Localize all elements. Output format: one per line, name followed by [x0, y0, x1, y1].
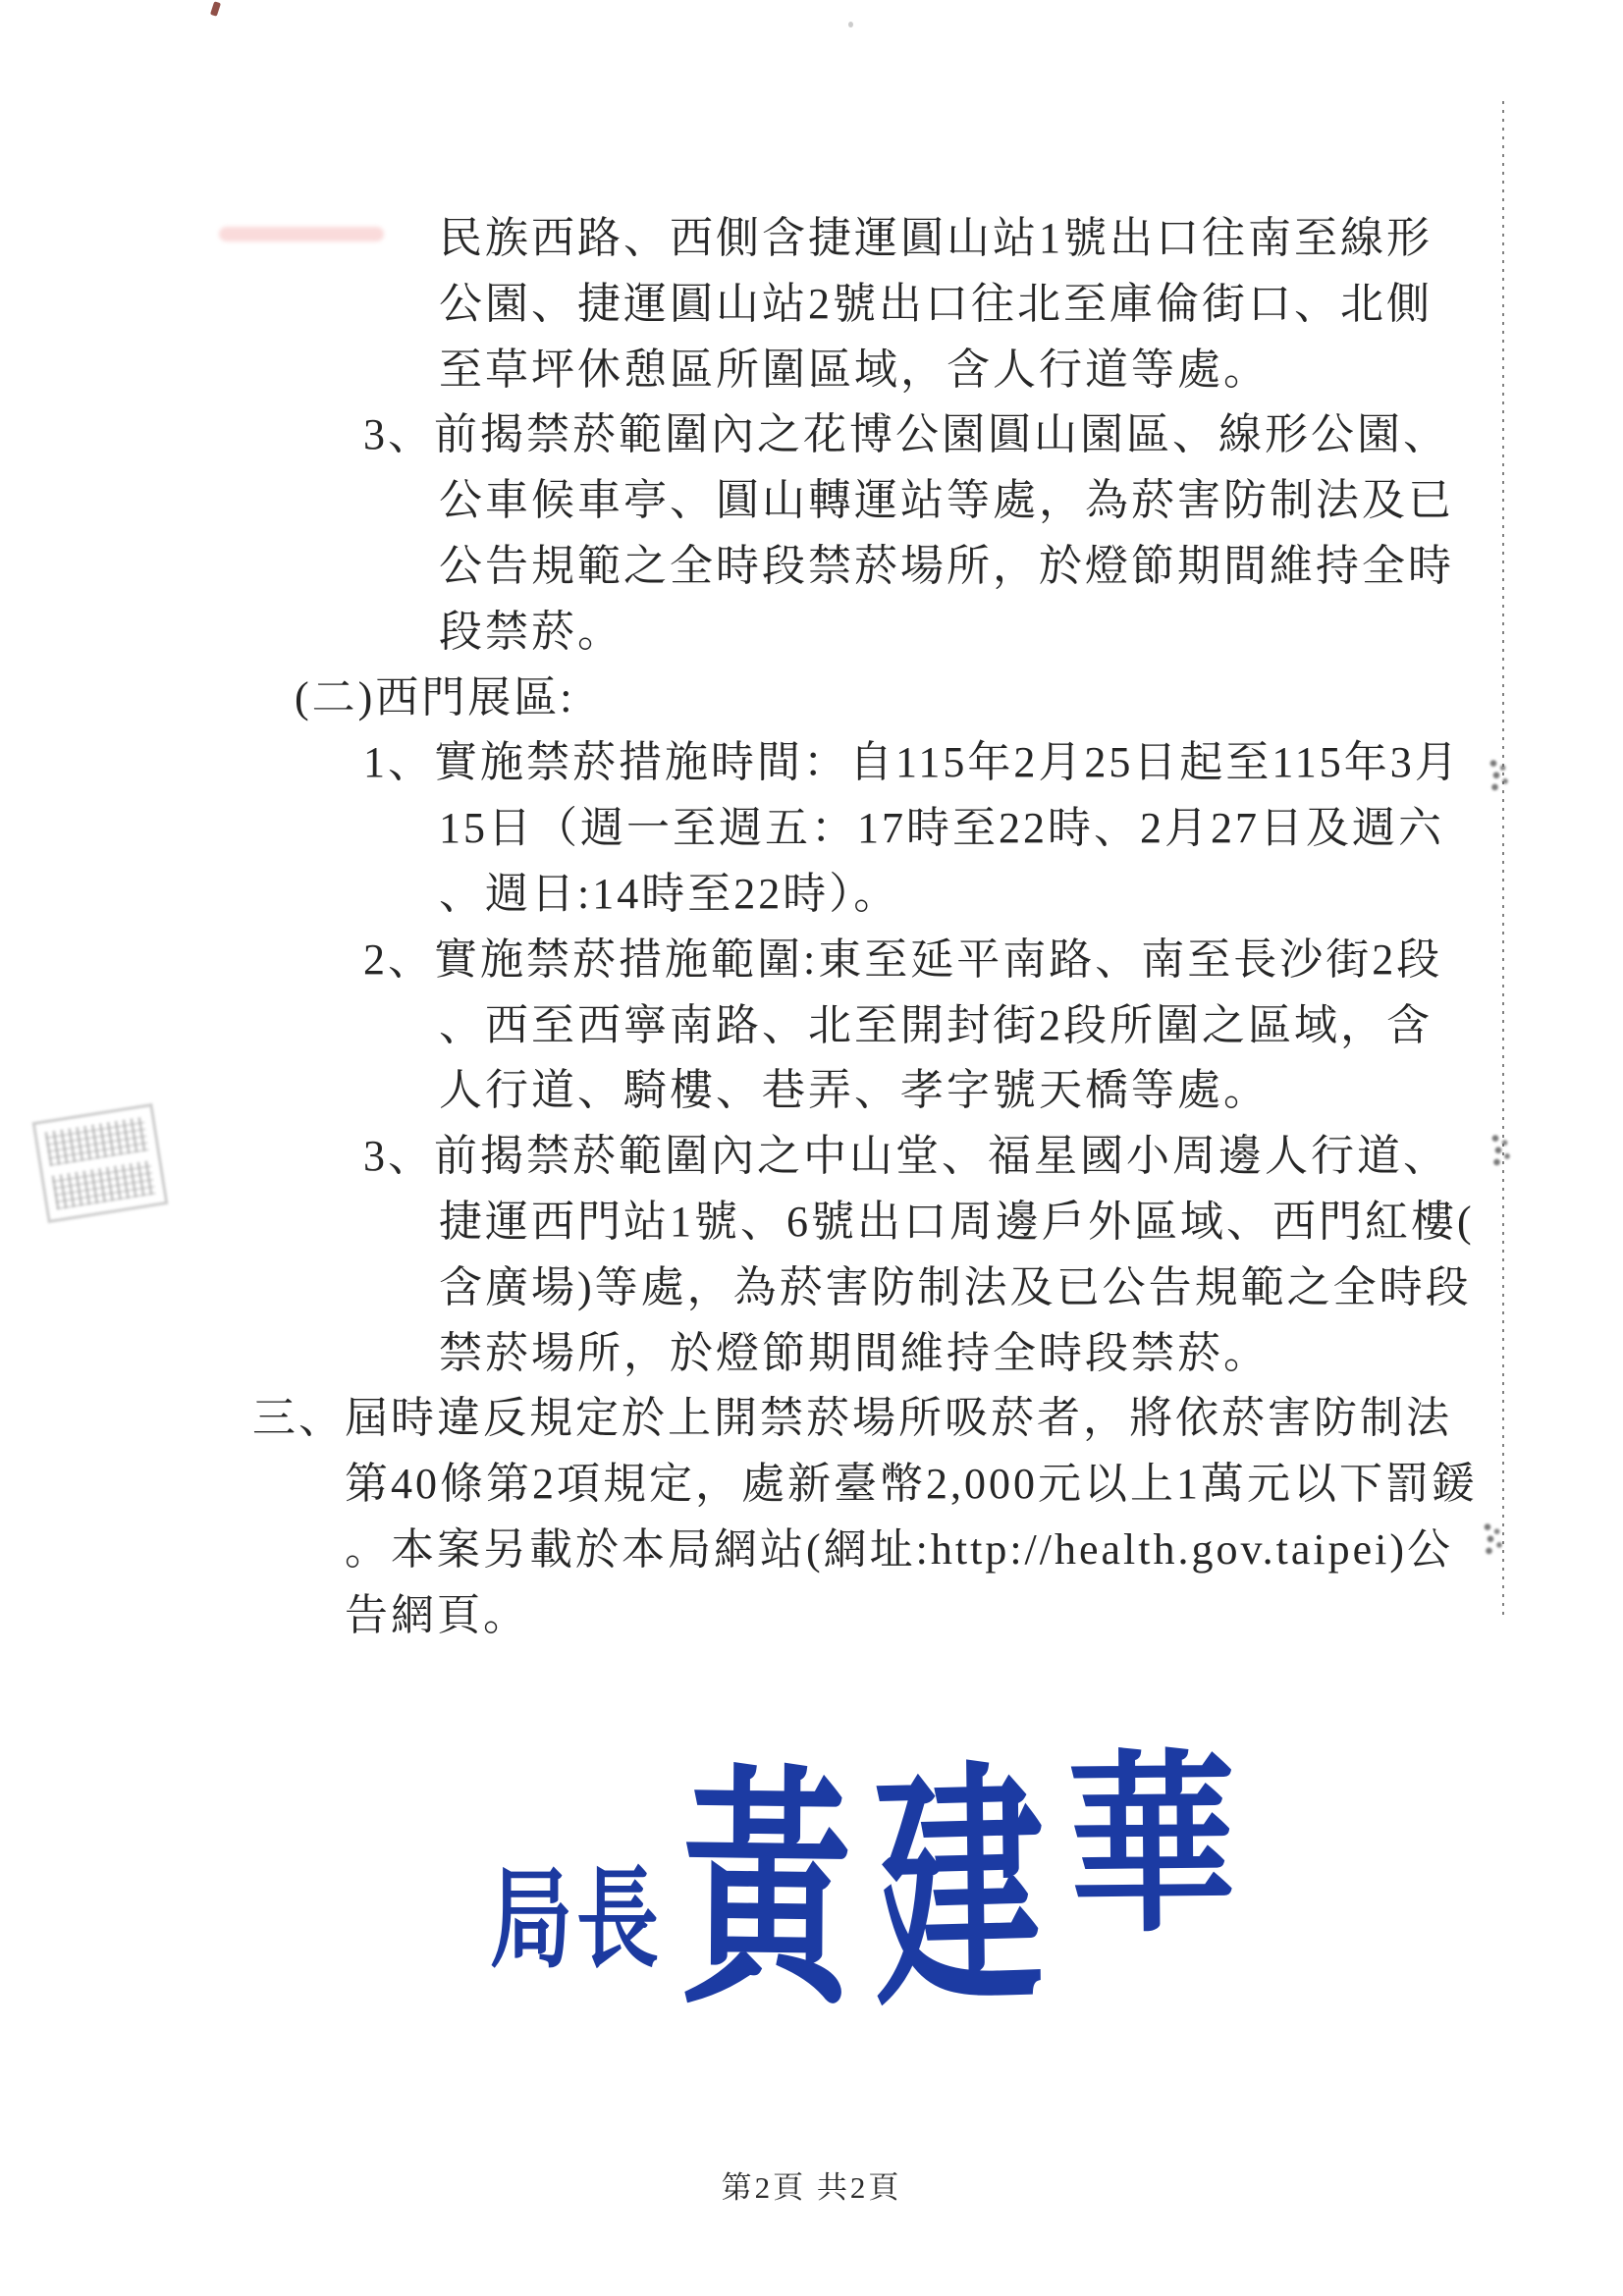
- page-number-footer: 第2頁 共2頁: [0, 2163, 1623, 2207]
- director-title: 局長: [490, 1868, 663, 1977]
- doc-line: 人行道、騎樓、巷弄、孝字號天橋等處。: [0, 1058, 1623, 1124]
- scanned-document-page: 民族西路、西側含捷運圓山站1號出口往南至線形 公園、捷運圓山站2號出口往北至庫倫…: [0, 0, 1623, 2296]
- document-body: 民族西路、西側含捷運圓山站1號出口往南至線形 公園、捷運圓山站2號出口往北至庫倫…: [0, 206, 1623, 1649]
- doc-line: 段禁菸。: [0, 600, 1623, 666]
- doc-line: 至草坪休憩區所圍區域，含人行道等處。: [0, 338, 1623, 403]
- doc-line-item-3: 3、前揭禁菸範圍內之花博公園圓山園區、線形公園、: [0, 402, 1623, 468]
- doc-line: 捷運西門站1號、6號出口周邊戶外區域、西門紅樓(: [0, 1190, 1623, 1255]
- doc-line-item-san: 三、屆時違反規定於上開禁菸場所吸菸者，將依菸害防制法: [0, 1386, 1623, 1452]
- signature-char: 華: [1066, 1750, 1260, 1947]
- doc-line: 公車候車亭、圓山轉運站等處，為菸害防制法及已: [0, 468, 1623, 534]
- doc-line: 。本案另載於本局網站(網址:http://health.gov.taipei)公: [0, 1518, 1623, 1583]
- doc-section-heading: (二)西門展區:: [0, 666, 1623, 731]
- doc-line: 禁菸場所，於燈節期間維持全時段禁菸。: [0, 1321, 1623, 1387]
- doc-line: 第40條第2項規定，處新臺幣2,000元以上1萬元以下罰鍰: [0, 1452, 1623, 1518]
- doc-line: 告網頁。: [0, 1583, 1623, 1649]
- doc-line: 民族西路、西側含捷運圓山站1號出口往南至線形: [0, 206, 1623, 272]
- doc-line: 、西至西寧南路、北至開封街2段所圍之區域，含: [0, 993, 1623, 1059]
- doc-line-item-1: 1、實施禁菸措施時間：自115年2月25日起至115年3月: [0, 730, 1623, 796]
- signature-char: 建: [874, 1763, 1069, 2025]
- doc-line: 含廣場)等處，為菸害防制法及已公告規範之全時段: [0, 1255, 1623, 1321]
- scan-speck: [210, 1, 221, 16]
- director-signature: 黃建華: [682, 1811, 1260, 1980]
- doc-line-item-3: 3、前揭禁菸範圍內之中山堂、福星國小周邊人行道、: [0, 1124, 1623, 1190]
- doc-line: 公園、捷運圓山站2號出口往北至庫倫街口、北側: [0, 272, 1623, 338]
- scan-speck: [848, 22, 853, 27]
- doc-line: 、週日:14時至22時）。: [0, 862, 1623, 928]
- doc-line: 15日（週一至週五：17時至22時、2月27日及週六: [0, 796, 1623, 862]
- signature-char: 黃: [681, 1768, 875, 2024]
- doc-line-item-2: 2、實施禁菸措施範圍:東至延平南路、南至長沙街2段: [0, 928, 1623, 993]
- doc-line: 公告規範之全時段禁菸場所，於燈節期間維持全時: [0, 534, 1623, 600]
